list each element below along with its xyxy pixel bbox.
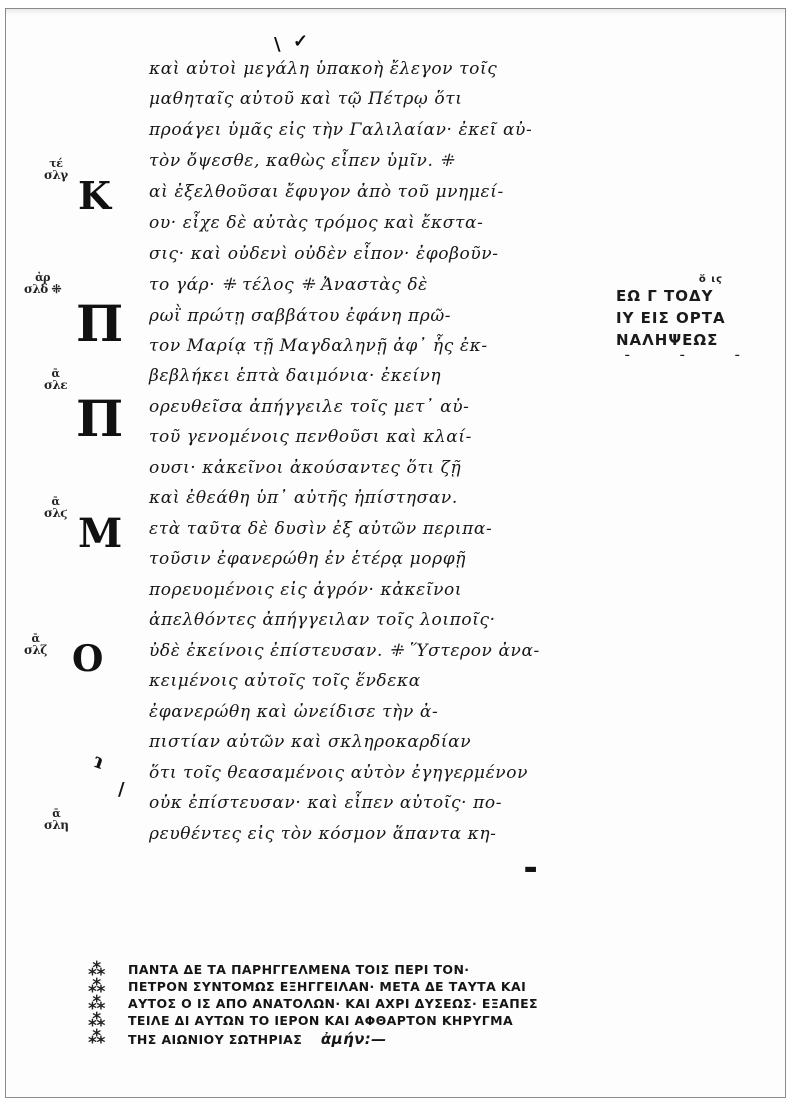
colophon-line: ⁂ ΤΕΙΛΕ ΔΙ ΑΥΤΩΝ ΤΟ ΙΕΡΟΝ ΚΑΙ ΑΦΘΑΡΤΟΝ Κ… — [88, 1013, 688, 1030]
colophon-line: ⁂ ΠΕΤΡΟΝ ΣΥΝΤΟΜΩΣ ΕΞΗΓΓΕΙΛΑΝ· ΜΕΤΑ ΔΕ ΤΑ… — [88, 979, 688, 996]
text-line: πιστίαν αὐτῶν καὶ σκληροκαρδίαν — [149, 732, 471, 752]
amen-closing: ἀμήν:— — [321, 1030, 387, 1048]
text-line: ἀπελθόντες ἀπήγγειλαν τοῖς λοιποῖς· — [149, 610, 496, 630]
text-line: ουσι· κἀκεῖνοι ἀκούσαντες ὅτι ζῇ — [149, 458, 461, 478]
gloss-ticks: ˉ ˉ ˉ — [616, 351, 766, 373]
text-line: πορευομένοις εἰς ἀγρόν· κἀκεῖνοι — [149, 580, 462, 600]
text-line: κειμένοις αὐτοῖς τοῖς ἕνδεκα — [149, 671, 421, 691]
text-line: ετὰ ταῦτα δὲ δυσὶν ἐξ αὐτῶν περιπα- — [149, 519, 492, 539]
text-line: τοῦσιν ἐφανερώθη ἐν ἑτέρᾳ μορφῇ — [149, 549, 466, 569]
colophon-line: ⁂ ΠΑΝΤΑ ΔΕ ΤΑ ΠΑΡΗΓΓΕΛΜΕΝΑ ΤΟΙΣ ΠΕΡΙ ΤΟΝ… — [88, 962, 688, 979]
initial-omicron: Ο — [72, 641, 103, 677]
side-gloss-lection: ὅ ιϛ ΕΩ Γ ΤΟΔΥ ΙΥ ΕΙΣ ΟΡΤΑ ΝΑΛΗΨΕΩΣ ˉ ˉ … — [616, 275, 766, 373]
text-line: σις· καὶ οὐδενὶ οὐδὲν εἶπον· ἐφοβοῦν- — [149, 244, 499, 264]
gloss-line: ΝΑΛΗΨΕΩΣ — [616, 329, 766, 351]
initial-pi-2: Π — [76, 394, 123, 444]
text-line: ορευθεῖσα ἀπήγγειλε τοῖς μετ᾽ αὐ- — [149, 397, 470, 417]
text-line: μαθηταῖς αὐτοῦ καὶ τῷ Πέτρῳ ὅτι — [149, 89, 463, 109]
accent-mark: \ — [274, 34, 281, 55]
gloss-line: ΕΩ Γ ΤΟΔΥ — [616, 285, 766, 307]
gloss-line: ΙΥ ΕΙΣ ΟΡΤΑ — [616, 307, 766, 329]
text-line: προάγει ὑμᾶς εἰς τὴν Γαλιλαίαν· ἐκεῖ αὐ- — [149, 120, 532, 140]
text-line: τὸν ὄψεσθε, καθὼς εἶπεν ὑμῖν. ⁜ — [149, 151, 454, 171]
initial-kappa: Κ — [78, 177, 111, 215]
initial-pi-1: Π — [76, 299, 123, 349]
margin-stroke: ɿ — [90, 748, 107, 774]
text-line: καὶ αὐτοὶ μεγάλη ὑπακοὴ ἔλεγον τοῖς — [149, 59, 497, 79]
colophon-line: ⁂ ΑΥΤΟΣ Ο ΙΣ ΑΠΟ ΑΝΑΤΟΛΩΝ· ΚΑΙ ΑΧΡΙ ΔΥΣΕ… — [88, 996, 688, 1013]
text-line: ου· εἶχε δὲ αὐτὰς τρόμος καὶ ἔκστα- — [149, 213, 483, 233]
text-line: τοῦ γενομένοις πενθοῦσι καὶ κλαί- — [149, 427, 472, 447]
initial-mu: Μ — [78, 514, 122, 554]
colophon-line: ⁂ ΤΗΣ ΑΙΩΝΙΟΥ ΣΩΤΗΡΙΑΣ ἀμήν:— — [88, 1030, 688, 1047]
text-line: ἐφανερώθη καὶ ὠνείδισε τὴν ἀ- — [149, 702, 438, 722]
margin-section-number: τέ σλγ — [44, 159, 68, 182]
margin-section-number: ᾱ σλϛ — [44, 497, 67, 520]
text-line: οὐκ ἐπίστευσαν· καὶ εἶπεν αὐτοῖς· πο- — [149, 793, 502, 813]
text-line: καὶ ἐθεάθη ὑπ᾽ αὐτῆς ἠπίστησαν. — [149, 488, 458, 508]
text-line: βεβλήκει ἑπτὰ δαιμόνια· ἐκείνη — [149, 366, 441, 386]
text-line: ὅτι τοῖς θεασαμένοις αὐτὸν ἐγηγερμένον — [149, 763, 528, 783]
accent-mark: ✓ — [293, 31, 308, 52]
text-line: τον Μαρίᾳ τῇ Μαγδαληνῇ ἀφ᾽ ἧς ἐκ- — [149, 336, 488, 356]
margin-section-number: ἀρ σλδ ⁜ — [24, 273, 61, 296]
margin-section-number: ᾱ σλζ — [24, 634, 47, 657]
gloss-superscript: ὅ ιϛ — [616, 275, 766, 285]
margin-section-number: ᾱ σλη — [44, 809, 69, 832]
asterisk-ornament-icon: ⁂ — [88, 1028, 106, 1048]
text-line: το γάρ· ⁜ τέλος ⁜ Ἀναστὰς δὲ — [149, 275, 428, 295]
margin-stroke: / — [118, 779, 125, 800]
text-line: ρωῒ πρώτῃ σαββάτου ἐφάνη πρῶ- — [149, 306, 451, 326]
text-line: αὶ ἐξελθοῦσαι ἔφυγον ἀπὸ τοῦ μνημεί- — [149, 182, 504, 202]
colophon-block: ⁂ ΠΑΝΤΑ ΔΕ ΤΑ ΠΑΡΗΓΓΕΛΜΕΝΑ ΤΟΙΣ ΠΕΡΙ ΤΟΝ… — [88, 962, 688, 1047]
text-line: ρευθέντες εἰς τὸν κόσμον ἅπαντα κη- — [149, 824, 497, 844]
margin-section-number: ᾱ σλε — [44, 369, 67, 392]
text-line: ὐδὲ ἐκείνοις ἐπίστευσαν. ⁜ Ὕστερον ἀνα- — [149, 641, 540, 661]
ink-dot: ▬ — [524, 861, 537, 877]
manuscript-page: \ ✓ καὶ αὐτοὶ μεγάλη ὑπακοὴ ἔλεγον τοῖς … — [5, 8, 786, 1098]
